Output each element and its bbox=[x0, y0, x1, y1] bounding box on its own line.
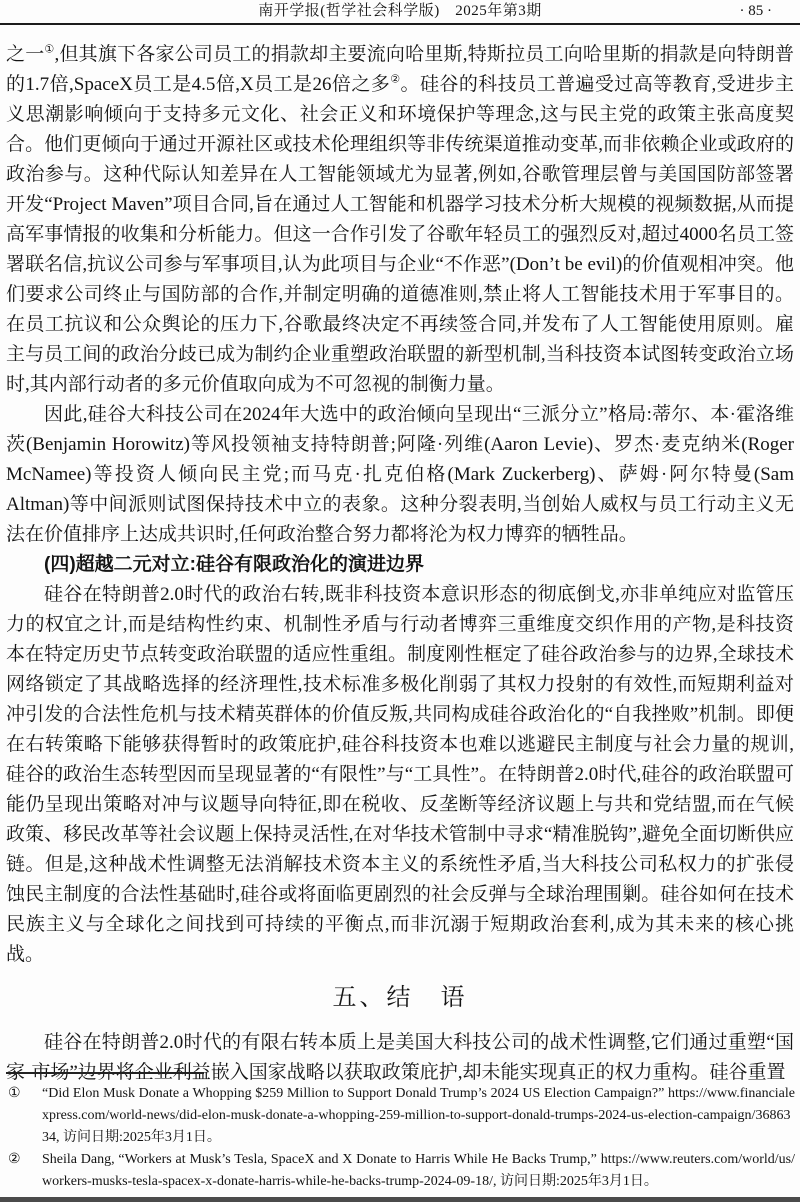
footnotes-section: ① “Did Elon Musk Donate a Whopping $259 … bbox=[6, 1072, 795, 1193]
footnote-1-marker: ① bbox=[8, 1083, 21, 1105]
footnote-2-text: Sheila Dang, “Workers at Musk’s Tesla, S… bbox=[42, 1152, 795, 1189]
article-body: 之一①,但其旗下各家公司员工的捐款却主要流向哈里斯,特斯拉员工向哈里斯的捐款是向… bbox=[0, 25, 800, 1088]
footnote-ref-1: ① bbox=[44, 44, 54, 56]
journal-title: 南开学报(哲学社会科学版) 2025年第3期 bbox=[0, 2, 800, 20]
section-heading-four: (四)超越二元对立:硅谷有限政治化的演进边界 bbox=[6, 550, 794, 580]
paragraph-text: 之一 bbox=[6, 44, 44, 65]
page-number: · 85 · bbox=[740, 2, 773, 20]
journal-page: 南开学报(哲学社会科学版) 2025年第3期 · 85 · 之一①,但其旗下各家… bbox=[0, 0, 800, 1202]
footnote-ref-2: ② bbox=[390, 74, 400, 86]
page-bottom-edge bbox=[0, 1197, 800, 1202]
chapter-heading-conclusion: 五、结 语 bbox=[6, 983, 794, 1013]
paragraph-limited-politicization: 硅谷在特朗普2.0时代的政治右转,既非科技资本意识形态的彻底倒戈,亦非单纯应对监… bbox=[6, 580, 794, 970]
paragraph-employee-donations: 之一①,但其旗下各家公司员工的捐款却主要流向哈里斯,特斯拉员工向哈里斯的捐款是向… bbox=[6, 40, 794, 400]
page-header: 南开学报(哲学社会科学版) 2025年第3期 · 85 · bbox=[0, 0, 800, 22]
footnote-2: ② Sheila Dang, “Workers at Musk’s Tesla,… bbox=[6, 1149, 795, 1193]
footnote-1-text: “Did Elon Musk Donate a Whopping $259 Mi… bbox=[42, 1086, 795, 1145]
footnote-separator bbox=[6, 1072, 204, 1074]
footnote-2-marker: ② bbox=[8, 1149, 21, 1171]
paragraph-text: 。硅谷的科技员工普遍受过高等教育,受进步主义思潮影响倾向于支持多元文化、社会正义… bbox=[6, 74, 794, 395]
paragraph-three-factions: 因此,硅谷大科技公司在2024年大选中的政治倾向呈现出“三派分立”格局:蒂尔、本… bbox=[6, 400, 794, 550]
footnote-1: ① “Did Elon Musk Donate a Whopping $259 … bbox=[6, 1083, 795, 1149]
